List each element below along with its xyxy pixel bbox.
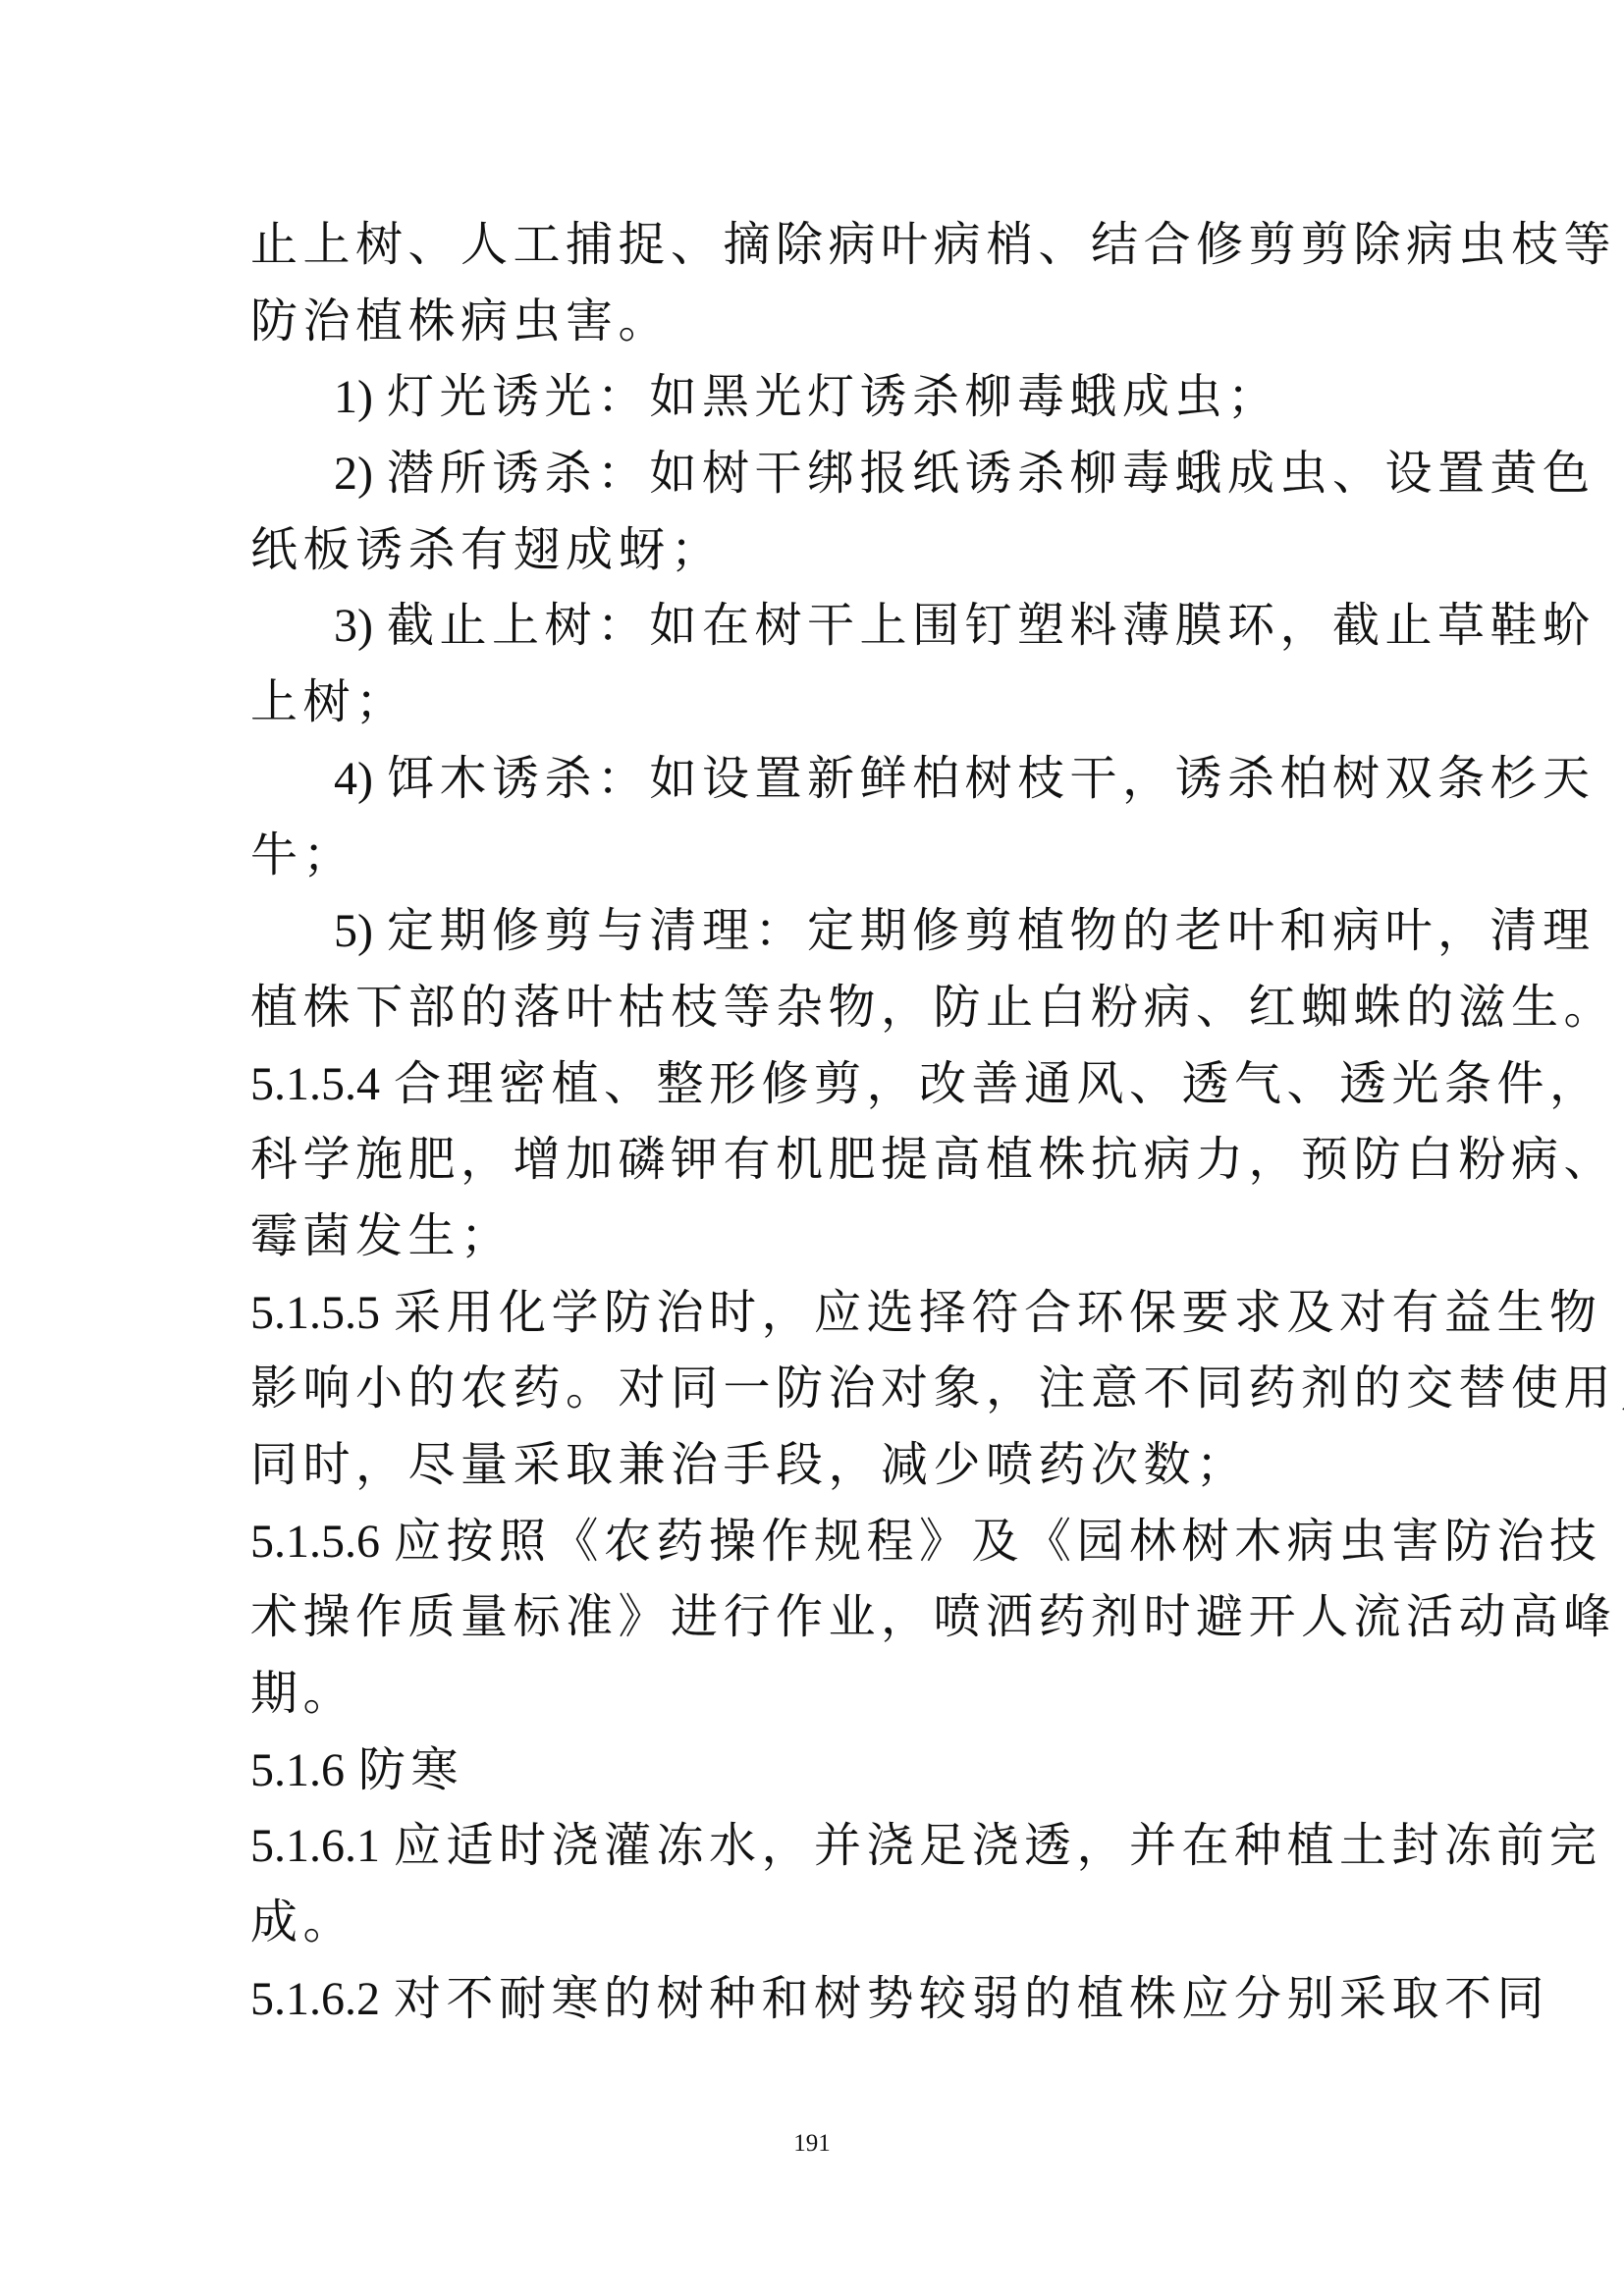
line-text: 植株下部的落叶枯枝等杂物，防止白粉病、红蜘蛛的滋生。 bbox=[250, 980, 1616, 1035]
text-line: 影响小的农药。对同一防治对象，注意不同药剂的交替使用； bbox=[250, 1351, 1380, 1427]
clause-number: 5.1.5.4 bbox=[250, 1058, 380, 1110]
list-number: 2) bbox=[334, 448, 373, 500]
text-line: 牛； bbox=[250, 818, 1380, 894]
line-text: 牛； bbox=[250, 828, 355, 882]
list-number: 5) bbox=[334, 905, 373, 957]
line-text: 纸板诱杀有翅成蚜； bbox=[250, 522, 724, 577]
line-text: 合理密植、整形修剪，改善通风、透气、透光条件， bbox=[394, 1056, 1602, 1111]
clause-5-1-5-5: 5.1.5.5采用化学防治时，应选择符合环保要求及对有益生物 bbox=[250, 1275, 1380, 1352]
line-text: 术操作质量标准》进行作业，喷洒药剂时避开人流活动高峰 bbox=[250, 1589, 1616, 1644]
line-text: 饵木诱杀：如设置新鲜柏树枝干，诱杀柏树双条杉天 bbox=[387, 751, 1596, 806]
list-number: 3) bbox=[334, 600, 373, 652]
section-title: 防寒 bbox=[358, 1742, 463, 1797]
line-text: 定期修剪与清理：定期修剪植物的老叶和病叶，清理 bbox=[387, 903, 1596, 958]
text-line: 上树； bbox=[250, 665, 1380, 741]
clause-number: 5.1.6.1 bbox=[250, 1820, 380, 1872]
list-item: 3)截止上树：如在树干上围钉塑料薄膜环，截止草鞋蚧 bbox=[250, 588, 1380, 665]
line-text: 应按照《农药操作规程》及《园林树木病虫害防治技 bbox=[394, 1514, 1602, 1569]
line-text: 采用化学防治时，应选择符合环保要求及对有益生物 bbox=[394, 1285, 1602, 1340]
text-line: 科学施肥，增加磷钾有机肥提高植株抗病力，预防白粉病、 bbox=[250, 1122, 1380, 1199]
text-line: 防治植株病虫害。 bbox=[250, 284, 1380, 360]
text-line: 术操作质量标准》进行作业，喷洒药剂时避开人流活动高峰 bbox=[250, 1579, 1380, 1656]
page-number: 191 bbox=[0, 2130, 1624, 2158]
line-text: 防治植株病虫害。 bbox=[250, 294, 671, 348]
line-text: 科学施肥，增加磷钾有机肥提高植株抗病力，预防白粉病、 bbox=[250, 1132, 1616, 1187]
text-line: 同时，尽量采取兼治手段，减少喷药次数； bbox=[250, 1427, 1380, 1504]
list-item: 1)灯光诱光：如黑光灯诱杀柳毒蛾成虫； bbox=[250, 359, 1380, 436]
line-text: 灯光诱光：如黑光灯诱杀柳毒蛾成虫； bbox=[387, 369, 1280, 424]
line-text: 同时，尽量采取兼治手段，减少喷药次数； bbox=[250, 1437, 1249, 1492]
text-line: 期。 bbox=[250, 1656, 1380, 1733]
document-page: 止上树、人工捕捉、摘除病叶病梢、结合修剪剪除病虫枝等 防治植株病虫害。 1)灯光… bbox=[0, 0, 1624, 2296]
line-text: 截止上树：如在树干上围钉塑料薄膜环，截止草鞋蚧 bbox=[387, 598, 1596, 653]
clause-number: 5.1.5.6 bbox=[250, 1516, 380, 1568]
clause-5-1-6-1: 5.1.6.1应适时浇灌冻水，并浇足浇透，并在种植土封冻前完 bbox=[250, 1808, 1380, 1885]
line-text: 止上树、人工捕捉、摘除病叶病梢、结合修剪剪除病虫枝等 bbox=[250, 217, 1616, 272]
line-text: 对不耐寒的树种和树势较弱的植株应分别采取不同 bbox=[394, 1971, 1549, 2026]
clause-5-1-5-6: 5.1.5.6应按照《农药操作规程》及《园林树木病虫害防治技 bbox=[250, 1504, 1380, 1580]
text-line: 止上树、人工捕捉、摘除病叶病梢、结合修剪剪除病虫枝等 bbox=[250, 207, 1380, 284]
text-line: 霉菌发生； bbox=[250, 1199, 1380, 1275]
text-line: 成。 bbox=[250, 1885, 1380, 1961]
clause-number: 5.1.6.2 bbox=[250, 1973, 380, 2025]
clause-5-1-6-2: 5.1.6.2对不耐寒的树种和树势较弱的植株应分别采取不同 bbox=[250, 1961, 1380, 2038]
text-line: 植株下部的落叶枯枝等杂物，防止白粉病、红蜘蛛的滋生。 bbox=[250, 970, 1380, 1046]
text-line: 纸板诱杀有翅成蚜； bbox=[250, 512, 1380, 589]
list-item: 4)饵木诱杀：如设置新鲜柏树枝干，诱杀柏树双条杉天 bbox=[250, 741, 1380, 818]
section-number: 5.1.6 bbox=[250, 1744, 345, 1796]
line-text: 影响小的农药。对同一防治对象，注意不同药剂的交替使用； bbox=[250, 1361, 1624, 1415]
clause-number: 5.1.5.5 bbox=[250, 1287, 380, 1339]
line-text: 上树； bbox=[250, 674, 408, 729]
line-text: 成。 bbox=[250, 1895, 355, 1949]
list-item: 2)潜所诱杀：如树干绑报纸诱杀柳毒蛾成虫、设置黄色 bbox=[250, 436, 1380, 512]
body-text: 止上树、人工捕捉、摘除病叶病梢、结合修剪剪除病虫枝等 防治植株病虫害。 1)灯光… bbox=[250, 207, 1380, 2038]
line-text: 潜所诱杀：如树干绑报纸诱杀柳毒蛾成虫、设置黄色 bbox=[387, 446, 1596, 501]
line-text: 期。 bbox=[250, 1666, 355, 1721]
clause-5-1-5-4: 5.1.5.4合理密植、整形修剪，改善通风、透气、透光条件， bbox=[250, 1046, 1380, 1123]
list-number: 1) bbox=[334, 371, 373, 423]
line-text: 应适时浇灌冻水，并浇足浇透，并在种植土封冻前完 bbox=[394, 1818, 1602, 1873]
line-text: 霉菌发生； bbox=[250, 1208, 514, 1263]
list-number: 4) bbox=[334, 753, 373, 805]
list-item: 5)定期修剪与清理：定期修剪植物的老叶和病叶，清理 bbox=[250, 893, 1380, 970]
section-heading-5-1-6: 5.1.6防寒 bbox=[250, 1733, 1380, 1809]
